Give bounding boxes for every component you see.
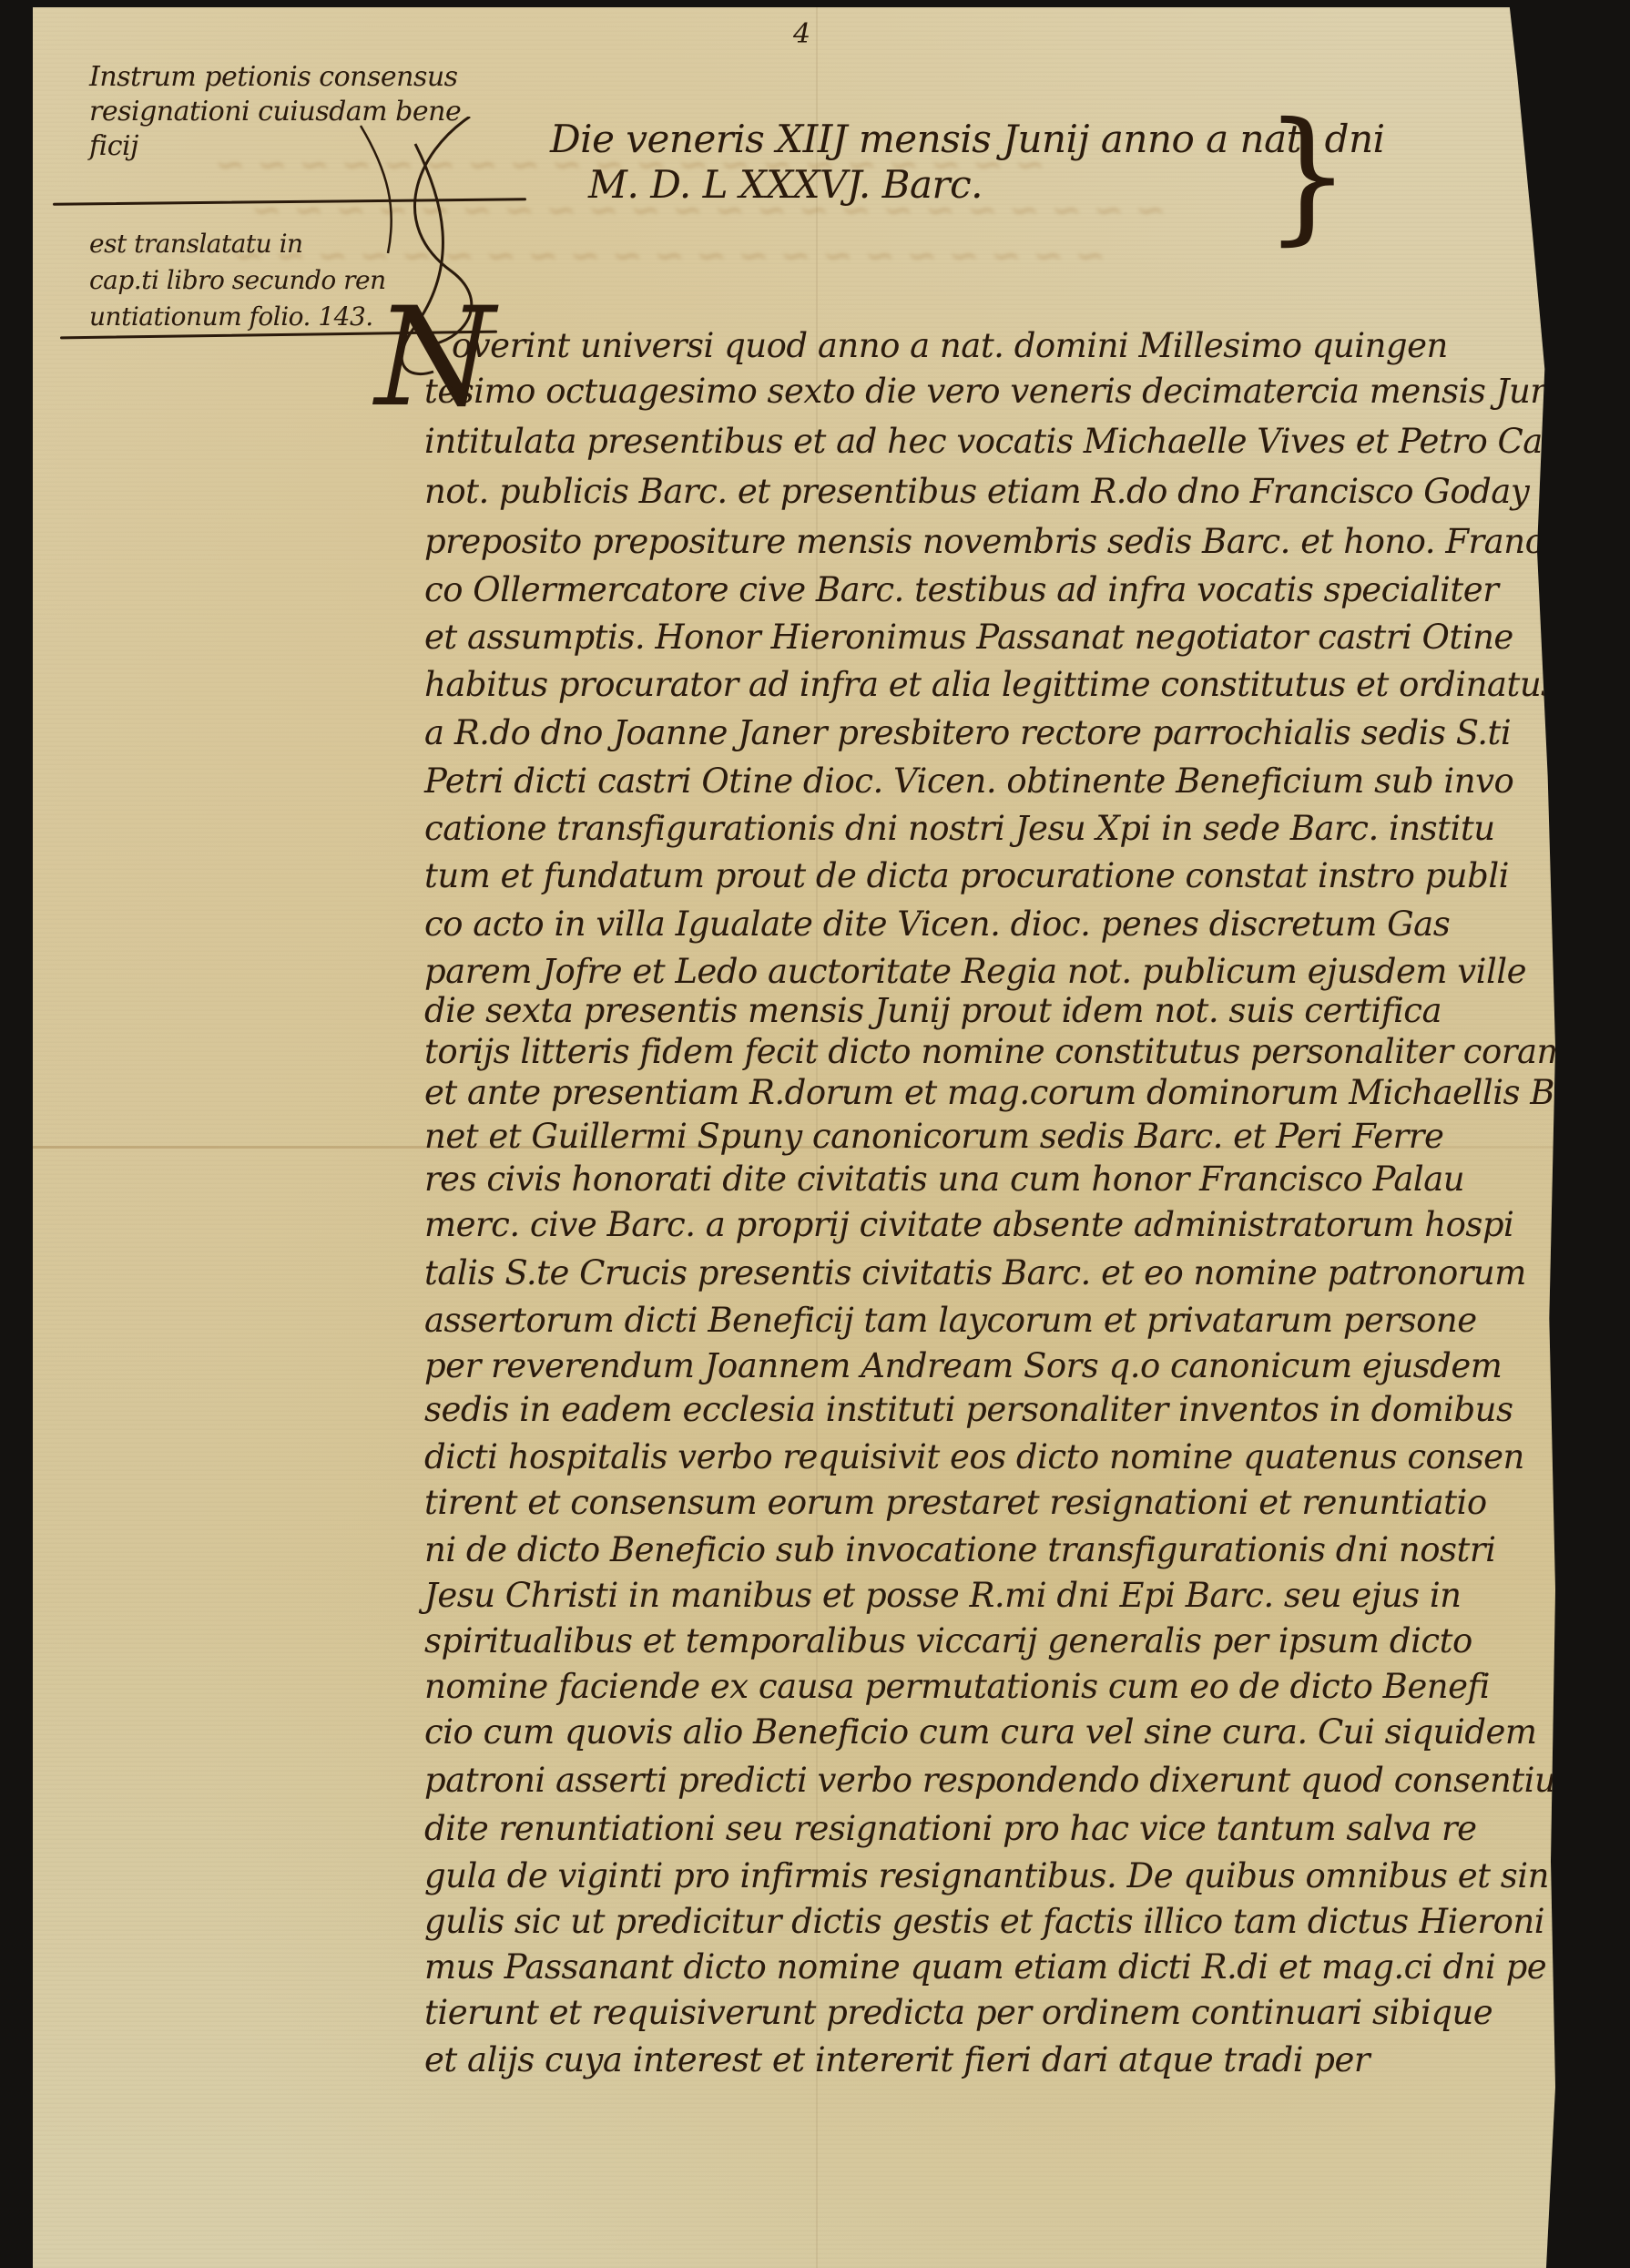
body-line: Petri dicti castri Otine dioc. Vicen. ob…	[424, 761, 1513, 801]
body-line: not. publicis Barc. et presentibus etiam…	[424, 472, 1630, 511]
body-line: gulis sic ut predicitur dictis gestis et…	[424, 1902, 1544, 1941]
body-line: dicti hospitalis verbo requisivit eos di…	[424, 1437, 1524, 1476]
body-line: preposito prepositure mensis novembris s…	[424, 522, 1571, 561]
body-line: co Ollermercatore cive Barc. testibus ad…	[424, 570, 1498, 609]
body-line: intitulata presentibus et ad hec vocatis…	[424, 422, 1630, 461]
body-line: assertorum dicti Beneficij tam laycorum …	[424, 1301, 1477, 1340]
body-line: et assumptis. Honor Hieronimus Passanat …	[424, 618, 1513, 657]
body-line: res civis honorati dite civitatis una cu…	[424, 1160, 1464, 1199]
body-line: sedis in eadem ecclesia instituti person…	[424, 1390, 1513, 1429]
body-line: die sexta presentis mensis Junij prout i…	[424, 991, 1442, 1030]
body-line: et alijs cuya interest et intererit fier…	[424, 2040, 1370, 2079]
body-line: merc. cive Barc. a proprij civitate abse…	[424, 1205, 1513, 1244]
body-line: cio cum quovis alio Beneficio cum cura v…	[424, 1712, 1537, 1752]
body-line: et ante presentiam R.dorum et mag.corum …	[424, 1073, 1574, 1112]
body-line: nomine faciende ex causa permutationis c…	[424, 1667, 1490, 1706]
body-line: catione transfigurationis dni nostri Jes…	[424, 809, 1495, 848]
body-line: net et Guillermi Spuny canonicorum sedis…	[424, 1117, 1443, 1156]
body-line: habitus procurator ad infra et alia legi…	[424, 665, 1558, 704]
right-brace-icon: }	[1264, 104, 1350, 248]
margin-note-line: Instrum petionis consensus	[89, 60, 461, 95]
body-line: torijs litteris fidem fecit dicto nomine…	[424, 1032, 1568, 1071]
body-line: dite renuntiationi seu resignationi pro …	[424, 1809, 1477, 1848]
body-line: tesimo octuagesimo sexto die vero veneri…	[424, 372, 1572, 411]
body-line: a R.do dno Joanne Janer presbitero recto…	[424, 713, 1511, 752]
body-line: per reverendum Joannem Andream Sors q.o …	[424, 1346, 1502, 1385]
body-line: gula de viginti pro infirmis resignantib…	[424, 1856, 1549, 1895]
body-line: mus Passanant dicto nomine quam etiam di…	[424, 1947, 1546, 1987]
body-line: spiritualibus et temporalibus viccarij g…	[424, 1621, 1472, 1660]
body-line: Jesu Christi in manibus et posse R.mi dn…	[424, 1576, 1462, 1615]
body-line: tierunt et requisiverunt predicta per or…	[424, 1993, 1492, 2032]
body-line: parem Jofre et Ledo auctoritate Regia no…	[424, 952, 1526, 991]
body-line: co acto in villa Igualate dite Vicen. di…	[424, 904, 1450, 944]
folio-number: 4	[793, 18, 810, 50]
body-line: patroni asserti predicti verbo responden…	[424, 1761, 1590, 1800]
body-line: tum et fundatum prout de dicta procurati…	[424, 856, 1509, 895]
document-year-line: M. D. L XXXVJ. Barc.	[588, 162, 983, 207]
body-line: talis S.te Crucis presentis civitatis Ba…	[424, 1253, 1526, 1292]
body-line: tirent et consensum eorum prestaret resi…	[424, 1483, 1487, 1522]
document-date-line: Die veneris XIIJ mensis Junij anno a nat…	[550, 117, 1385, 161]
body-line: ni de dicto Beneficio sub invocatione tr…	[424, 1530, 1495, 1569]
manuscript-page: ~ ~ ~ ~ ~ ~ ~ ~ ~ ~ ~ ~ ~ ~ ~ ~ ~ ~ ~ ~ …	[33, 7, 1555, 2268]
body-line: overint universi quod anno a nat. domini…	[452, 326, 1448, 365]
